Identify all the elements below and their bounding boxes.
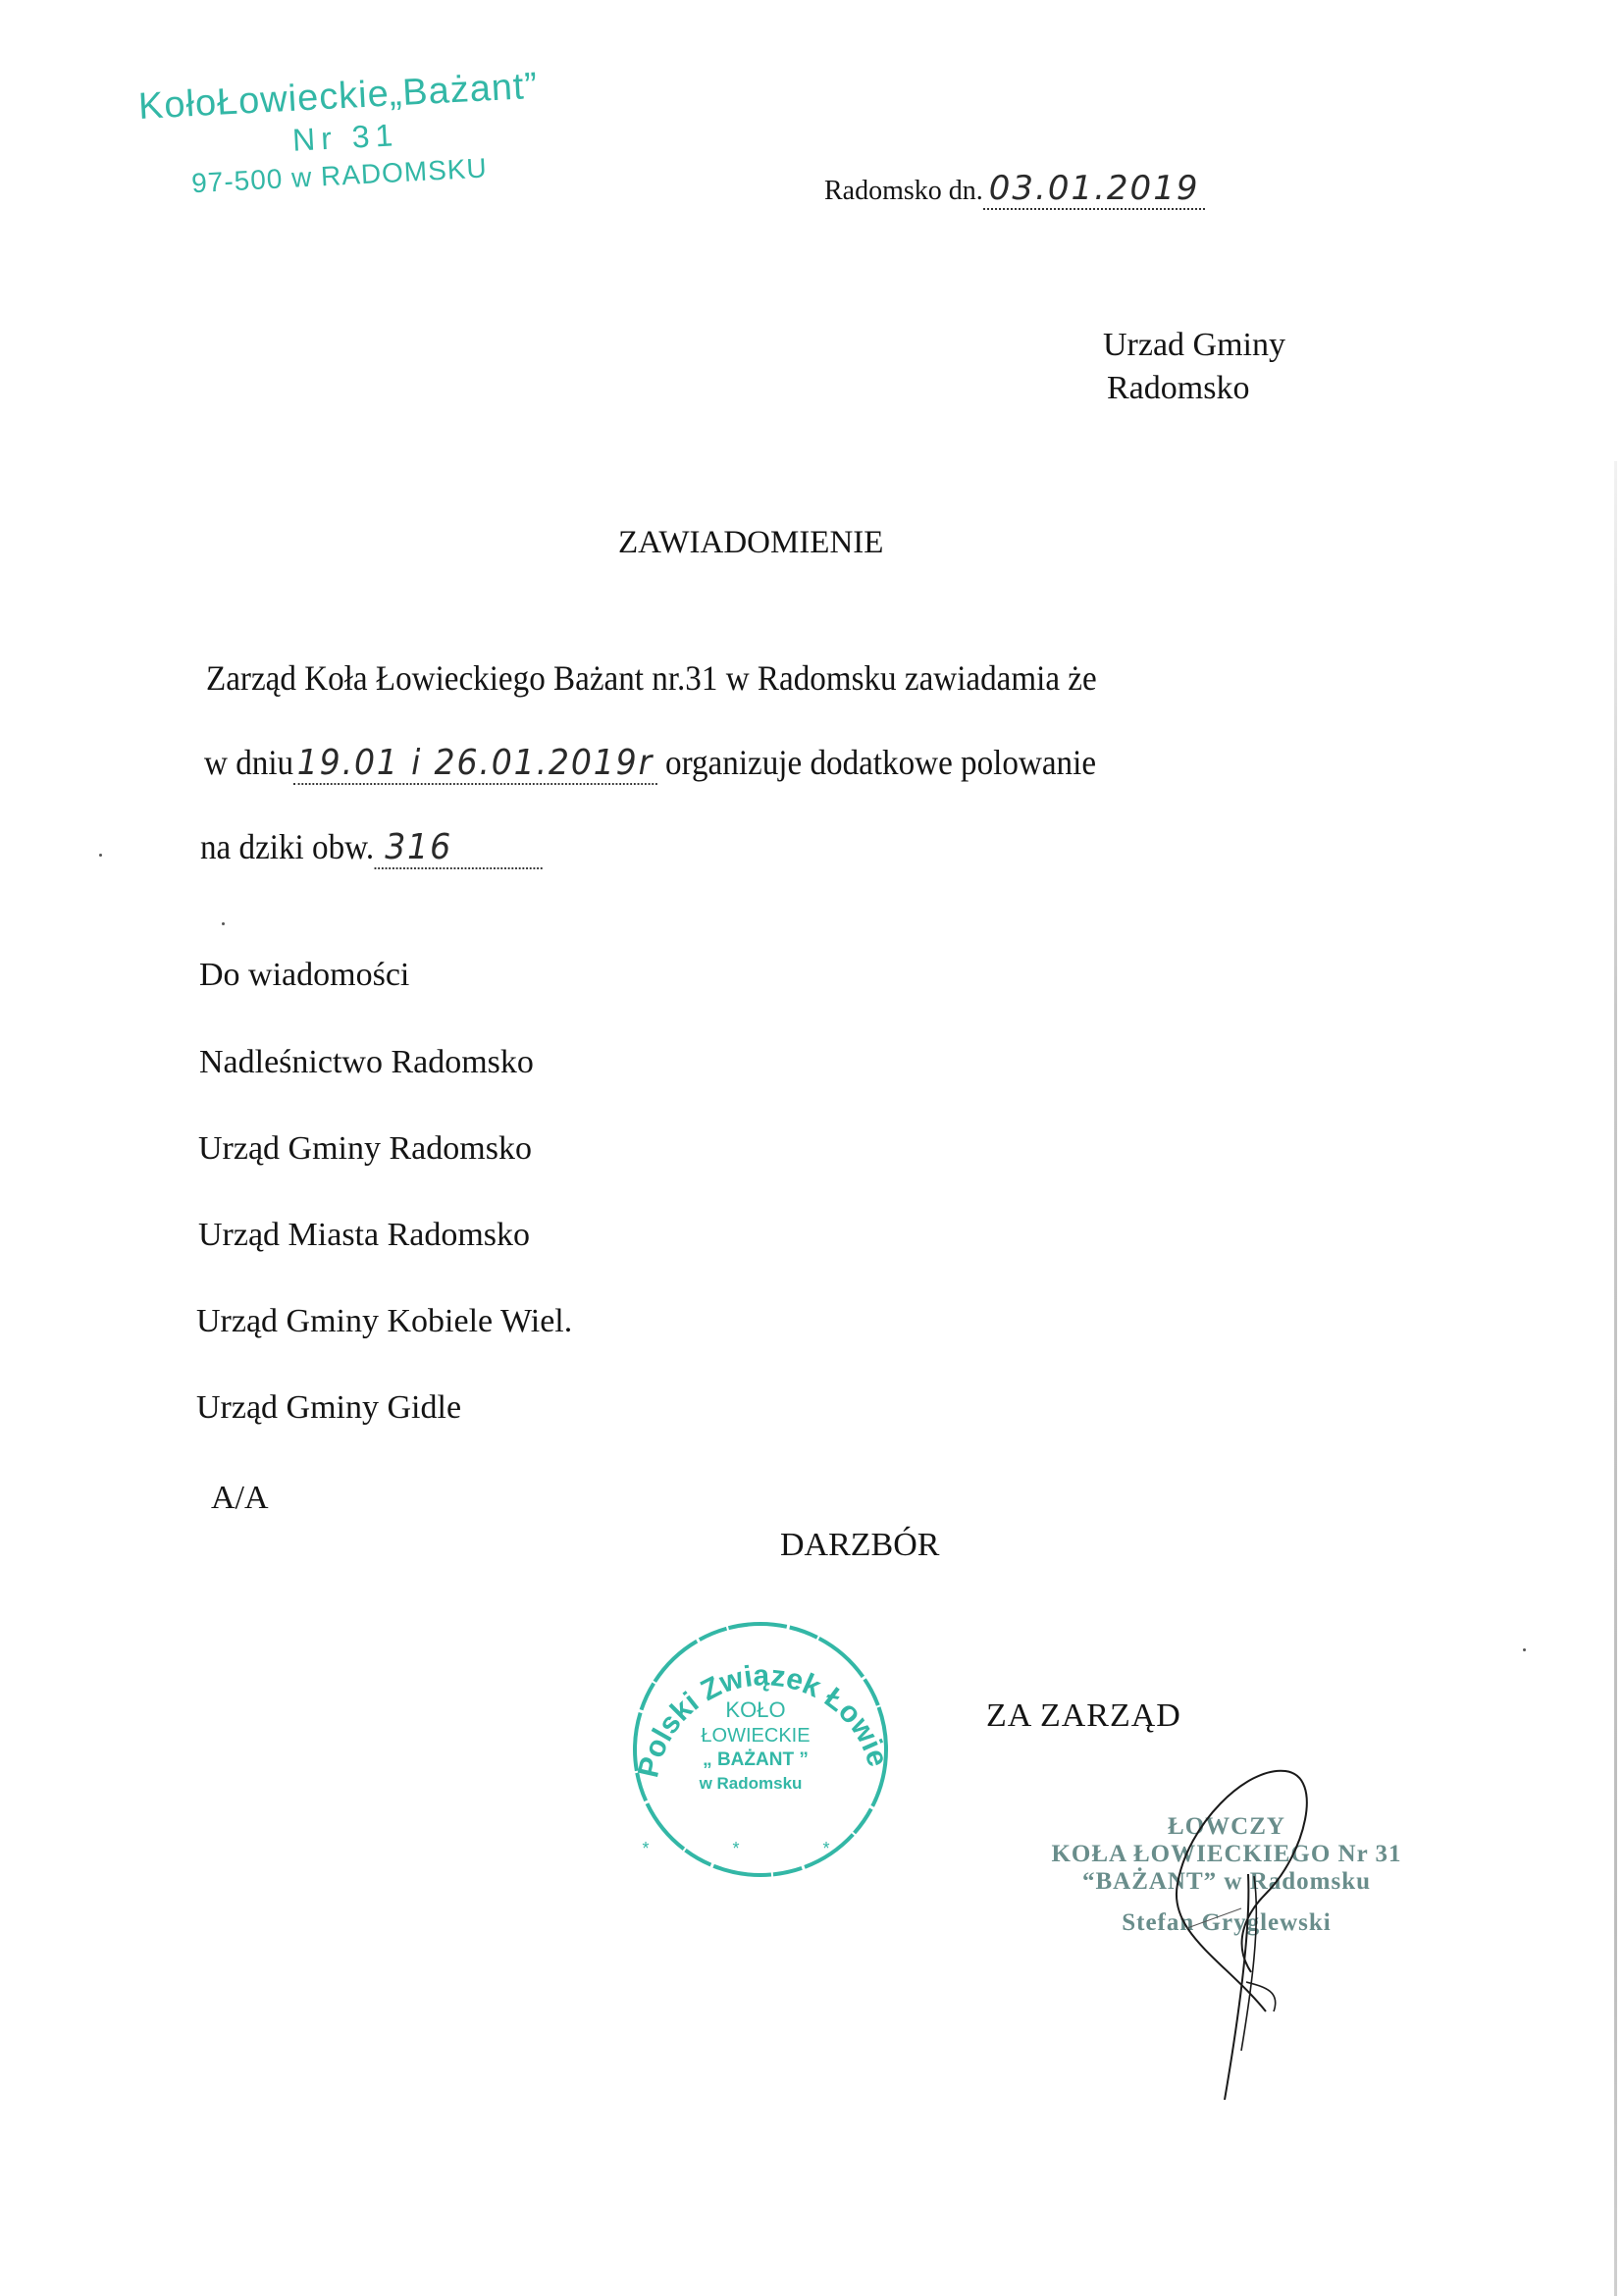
- recipient-line1: Urzad Gminy: [1103, 324, 1285, 367]
- stamp-club-address: 97-500 w RADOMSKU: [190, 150, 543, 200]
- scan-edge: [1614, 461, 1617, 2296]
- round-stamp-inner-4: w Radomsku: [699, 1774, 803, 1793]
- distribution-recipient: Urząd Miasta Radomsko: [198, 1217, 530, 1254]
- scan-speck: [222, 922, 225, 925]
- round-stamp-inner-1: KOŁO: [725, 1697, 785, 1722]
- scan-speck: [99, 854, 102, 857]
- greeting: DARZBÓR: [780, 1527, 939, 1564]
- handwritten-signature: [1158, 1737, 1335, 2100]
- handwritten-district-number: 316: [374, 827, 543, 869]
- body-line-3: na dziki obw.316: [200, 826, 543, 869]
- filing-mark: A/A: [211, 1480, 269, 1517]
- distribution-recipient: Nadleśnictwo Radomsko: [199, 1044, 534, 1081]
- body-line2-prefix: w dniu: [204, 743, 293, 782]
- distribution-recipient: Urząd Gminy Radomsko: [198, 1130, 532, 1168]
- round-stamp-stars: * * *: [642, 1839, 868, 1858]
- body-line-2: w dniu19.01 i 26.01.2019r organizuje dod…: [204, 742, 1096, 785]
- round-stamp-inner-2: ŁOWIECKIE: [701, 1725, 810, 1747]
- distribution-heading: Do wiadomości: [199, 957, 409, 994]
- place-date-label: Radomsko dn.: [824, 176, 983, 206]
- handwritten-date: 03.01.2019: [983, 169, 1206, 210]
- round-club-stamp: Polski Związek Łowiecki KOŁO ŁOWIECKIE „…: [618, 1607, 903, 1892]
- place-date: Radomsko dn.03.01.2019: [824, 169, 1205, 210]
- recipient-line2: Radomsko: [1103, 367, 1285, 410]
- recipient-block: Urzad Gminy Radomsko: [1103, 324, 1285, 410]
- club-address-stamp: KołoŁowieckie„Bażant” Nr 31 97-500 w RAD…: [137, 66, 543, 202]
- body-line2-suffix: organizuje dodatkowe polowanie: [665, 743, 1096, 782]
- body-line-1: Zarząd Koła Łowieckiego Bażant nr.31 w R…: [206, 657, 1097, 699]
- distribution-recipient: Urząd Gminy Kobiele Wiel.: [196, 1303, 572, 1340]
- scan-speck: [1523, 1648, 1526, 1651]
- body-line3-prefix: na dziki obw.: [200, 827, 374, 866]
- signoff: ZA ZARZĄD: [986, 1697, 1181, 1735]
- handwritten-hunt-dates: 19.01 i 26.01.2019r: [293, 743, 657, 785]
- distribution-recipient: Urząd Gminy Gidle: [196, 1389, 461, 1427]
- round-stamp-inner-3: „ BAŻANT ”: [703, 1749, 809, 1770]
- document-title: ZAWIADOMIENIE: [618, 525, 883, 561]
